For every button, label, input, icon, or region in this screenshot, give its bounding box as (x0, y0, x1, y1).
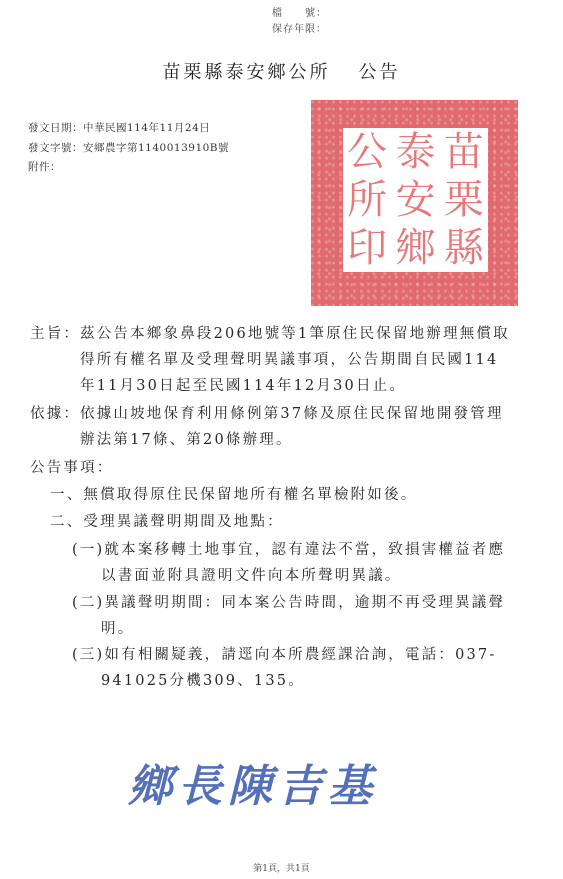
page-number: 第1頁，共1頁 (0, 861, 563, 874)
subject-line: 茲公告本鄉象鼻段206地號等1筆原住民保留地辦理無償取 (80, 322, 510, 343)
attachment-label: 附件： (28, 159, 61, 174)
sub-item-3-cont: 941025分機309、135。 (101, 669, 305, 690)
sub-item-1-cont: 以書面並附具證明文件向本所聲明異議。 (101, 564, 402, 585)
document-type: 公告 (359, 62, 401, 83)
seal-character: 公 (343, 128, 391, 176)
organization-name: 苗栗縣泰安鄉公所 (163, 62, 331, 83)
sub-item-1: (一)就本案移轉土地事宜，認有違法不當，致損害權益者應 (72, 538, 505, 559)
basis-label: 依據： (30, 402, 80, 423)
mayor-signature-stamp: 鄉長陳吉基 (128, 750, 378, 814)
issue-date: 發文日期：中華民國114年11月24日 (28, 120, 210, 135)
announcement-item-2: 二、受理異議聲明期間及地點： (50, 510, 284, 531)
seal-character: 栗 (440, 176, 488, 224)
retention-period-label: 保存年限： (272, 20, 327, 35)
seal-character: 所 (343, 176, 391, 224)
sub-item-2-cont: 明。 (101, 617, 134, 638)
subject-line: 得所有權名單及受理聲明異議事項，公告期間自民國114 (80, 348, 498, 369)
announcement-label: 公告事項： (30, 456, 114, 477)
seal-inner: 苗 栗 縣 泰 安 鄉 公 所 印 (343, 128, 488, 272)
seal-character: 泰 (391, 128, 439, 176)
subject-label: 主旨： (30, 322, 80, 343)
file-number-label: 檔 號： (272, 4, 327, 19)
page-title: 苗栗縣泰安鄉公所公告 (0, 58, 563, 84)
announcement-item-1: 一、無償取得原住民保留地所有權名單檢附如後。 (50, 483, 417, 504)
seal-character: 縣 (440, 224, 488, 272)
basis-line: 辦法第17條、第20條辦理。 (80, 428, 293, 449)
sub-item-2: (二)異議聲明期間：同本案公告時間，逾期不再受理異議聲 (72, 591, 505, 612)
sub-item-3: (三)如有相關疑義，請逕向本所農經課洽詢，電話：037- (72, 643, 497, 664)
seal-character: 印 (343, 224, 391, 272)
document-number: 發文字號：安鄉農字第1140013910B號 (28, 140, 229, 155)
seal-character: 安 (391, 176, 439, 224)
subject-line: 年11月30日起至民國114年12月30日止。 (80, 374, 406, 395)
seal-character: 鄉 (391, 224, 439, 272)
official-seal: 苗 栗 縣 泰 安 鄉 公 所 印 (311, 100, 518, 306)
seal-character: 苗 (440, 128, 488, 176)
basis-line: 依據山坡地保育利用條例第37條及原住民保留地開發管理 (80, 402, 504, 423)
